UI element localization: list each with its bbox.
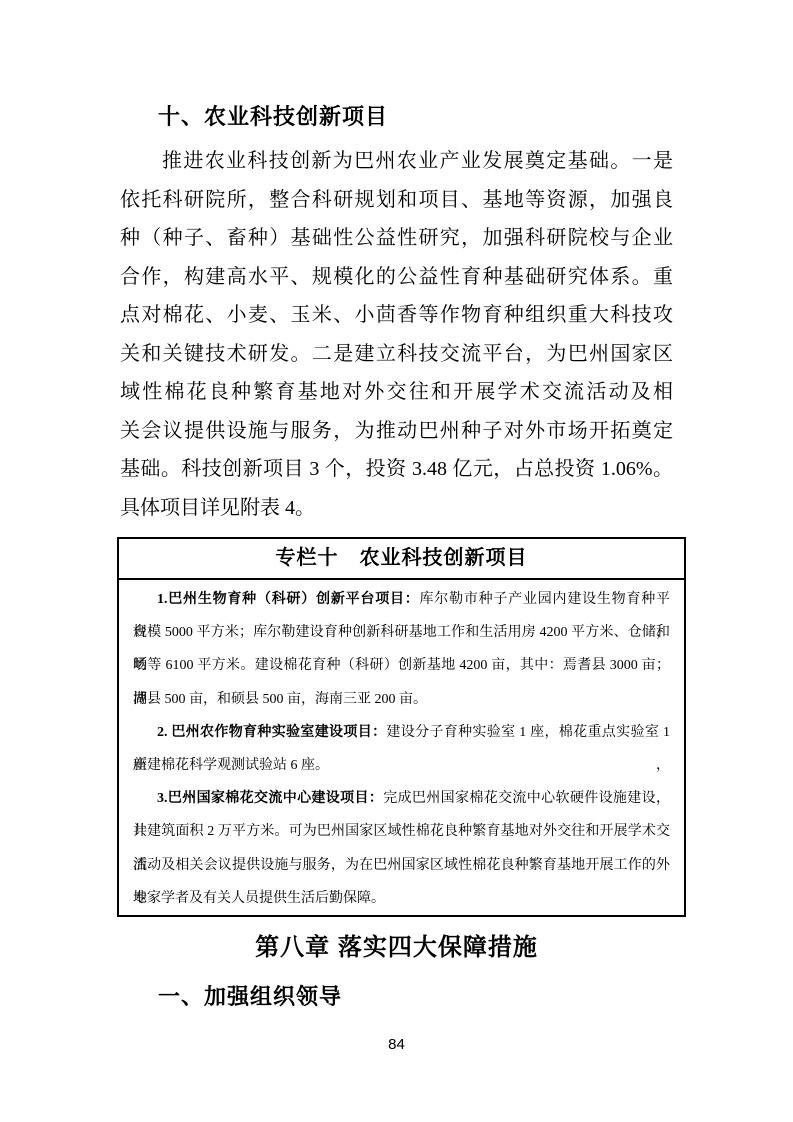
- box-item-3-line: 计建筑面积 2 万平方米。可为巴州国家区域性棉花良种繁育基地对外交往和开展学术交…: [133, 815, 670, 848]
- paragraph-line: 推进农业科技创新为巴州农业产业发展奠定基础。一是: [120, 142, 673, 181]
- document-page: 十、农业科技创新项目 推进农业科技创新为巴州农业产业发展奠定基础。一是 依托科研…: [0, 0, 793, 1122]
- paragraph-line: 点对棉花、小麦、玉米、小茴香等作物育种组织重大科技攻: [120, 296, 673, 335]
- body-paragraph: 推进农业科技创新为巴州农业产业发展奠定基础。一是 依托科研院所，整合科研规划和项…: [120, 142, 673, 527]
- box-item-1-line: 规模 5000 平方米；库尔勒建设育种创新科研基地工作和生活用房 4200 平方…: [133, 616, 670, 649]
- paragraph-line: 具体项目详见附表 4。: [120, 489, 673, 528]
- box-item-1-line: 1.巴州生物育种（科研）创新平台项目：库尔勒市种子产业园内建设生物育种平台，: [133, 583, 670, 616]
- paragraph-line: 依托科研院所，整合科研规划和项目、基地等资源，加强良: [120, 181, 673, 220]
- callout-box-content: 1.巴州生物育种（科研）创新平台项目：库尔勒市种子产业园内建设生物育种平台， 规…: [119, 580, 684, 915]
- callout-box: 专栏十 农业科技创新项目 1.巴州生物育种（科研）创新平台项目：库尔勒市种子产业…: [117, 537, 686, 917]
- chapter-heading: 第八章 落实四大保障措施: [0, 933, 793, 963]
- box-item-2-line: 2. 巴州农作物育种实验室建设项目：建设分子育种实验室 1 座，棉花重点实验室 …: [133, 716, 670, 749]
- callout-box-title: 专栏十 农业科技创新项目: [119, 539, 684, 580]
- section-heading: 十、农业科技创新项目: [158, 103, 388, 131]
- paragraph-line: 合作，构建高水平、规模化的公益性育种基础研究体系。重: [120, 258, 673, 297]
- paragraph-line: 种（种子、畜种）基础性公益性研究，加强科研院校与企业: [120, 219, 673, 258]
- paragraph-line: 关会议提供设施与服务，为推动巴州种子对外市场开拓奠定: [120, 412, 673, 451]
- box-item-3-line: 专家学者及有关人员提供生活后勤保障。: [133, 882, 670, 915]
- subsection-heading: 一、加强组织领导: [158, 983, 342, 1011]
- box-item-1-lead: 1.巴州生物育种（科研）创新平台项目：: [157, 592, 420, 607]
- paragraph-line: 域性棉花良种繁育基地对外交往和开展学术交流活动及相: [120, 373, 673, 412]
- box-item-1-line: 湖县 500 亩，和硕县 500 亩，海南三亚 200 亩。: [133, 683, 670, 716]
- paragraph-line: 基础。科技创新项目 3 个，投资 3.48 亿元，占总投资 1.06%。: [120, 450, 673, 489]
- box-item-1-line: 场等 6100 平方米。建设棉花育种（科研）创新基地 4200 亩，其中：焉耆县…: [133, 649, 670, 682]
- box-item-3-line: 3.巴州国家棉花交流中心建设项目：完成巴州国家棉花交流中心软硬件设施建设，共: [133, 782, 670, 815]
- box-item-3-line: 活动及相关会议提供设施与服务，为在巴州国家区域性棉花良种繁育基地开展工作的外地: [133, 849, 670, 882]
- box-item-2-lead: 2. 巴州农作物育种实验室建设项目：: [157, 725, 386, 740]
- paragraph-line: 关和关键技术研发。二是建立科技交流平台，为巴州国家区: [120, 335, 673, 374]
- box-item-3-lead: 3.巴州国家棉花交流中心建设项目：: [157, 791, 383, 806]
- page-number: 84: [0, 1036, 793, 1053]
